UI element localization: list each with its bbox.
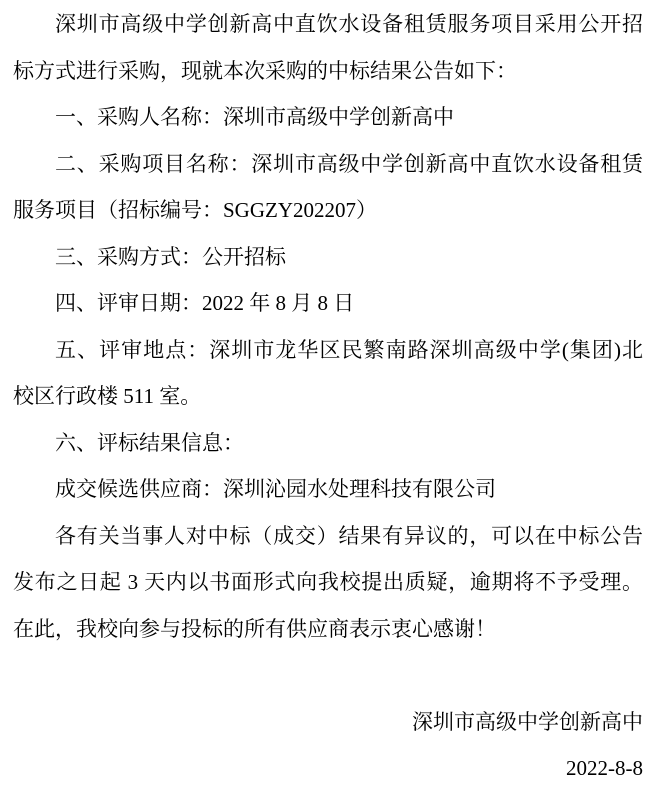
text-line: 服务项目（招标编号：SGGZY202207） [13,187,643,234]
text-line: 在此，我校向参与投标的所有供应商表示衷心感谢！ [13,606,643,653]
signature: 深圳市高级中学创新高中 [13,699,643,746]
paragraph-winning-supplier: 成交候选供应商：深圳沁园水处理科技有限公司 [13,466,643,513]
text-line: 校区行政楼 511 室。 [13,373,643,420]
paragraph-project-name: 二、采购项目名称：深圳市高级中学创新高中直饮水设备租赁 服务项目（招标编号：SG… [13,141,643,234]
text-line: 发布之日起 3 天内以书面形式向我校提出质疑，逾期将不予受理。 [13,559,643,606]
paragraph-review-date: 四、评审日期：2022 年 8 月 8 日 [13,280,643,327]
signature-date: 2022-8-8 [13,745,643,792]
text-line: 四、评审日期：2022 年 8 月 8 日 [13,280,643,327]
text-line: 深圳市高级中学创新高中直饮水设备租赁服务项目采用公开招 [13,1,643,48]
text-line: 标方式进行采购，现就本次采购的中标结果公告如下： [13,48,643,95]
paragraph-review-location: 五、评审地点：深圳市龙华区民繁南路深圳高级中学(集团)北 校区行政楼 511 室… [13,327,643,420]
text-line: 六、评标结果信息： [13,420,643,467]
text-line: 一、采购人名称：深圳市高级中学创新高中 [13,94,643,141]
paragraph-purchaser-name: 一、采购人名称：深圳市高级中学创新高中 [13,94,643,141]
text-line: 各有关当事人对中标（成交）结果有异议的，可以在中标公告 [13,513,643,560]
blank-line [13,652,643,699]
text-line: 二、采购项目名称：深圳市高级中学创新高中直饮水设备租赁 [13,141,643,188]
text-line: 五、评审地点：深圳市龙华区民繁南路深圳高级中学(集团)北 [13,327,643,374]
text-line: 成交候选供应商：深圳沁园水处理科技有限公司 [13,466,643,513]
paragraph-objection-notice: 各有关当事人对中标（成交）结果有异议的，可以在中标公告 发布之日起 3 天内以书… [13,513,643,653]
paragraph-intro: 深圳市高级中学创新高中直饮水设备租赁服务项目采用公开招 标方式进行采购，现就本次… [13,1,643,94]
document-page: 深圳市高级中学创新高中直饮水设备租赁服务项目采用公开招 标方式进行采购，现就本次… [0,0,666,810]
paragraph-result-heading: 六、评标结果信息： [13,420,643,467]
paragraph-procurement-method: 三、采购方式：公开招标 [13,234,643,281]
text-line: 三、采购方式：公开招标 [13,234,643,281]
